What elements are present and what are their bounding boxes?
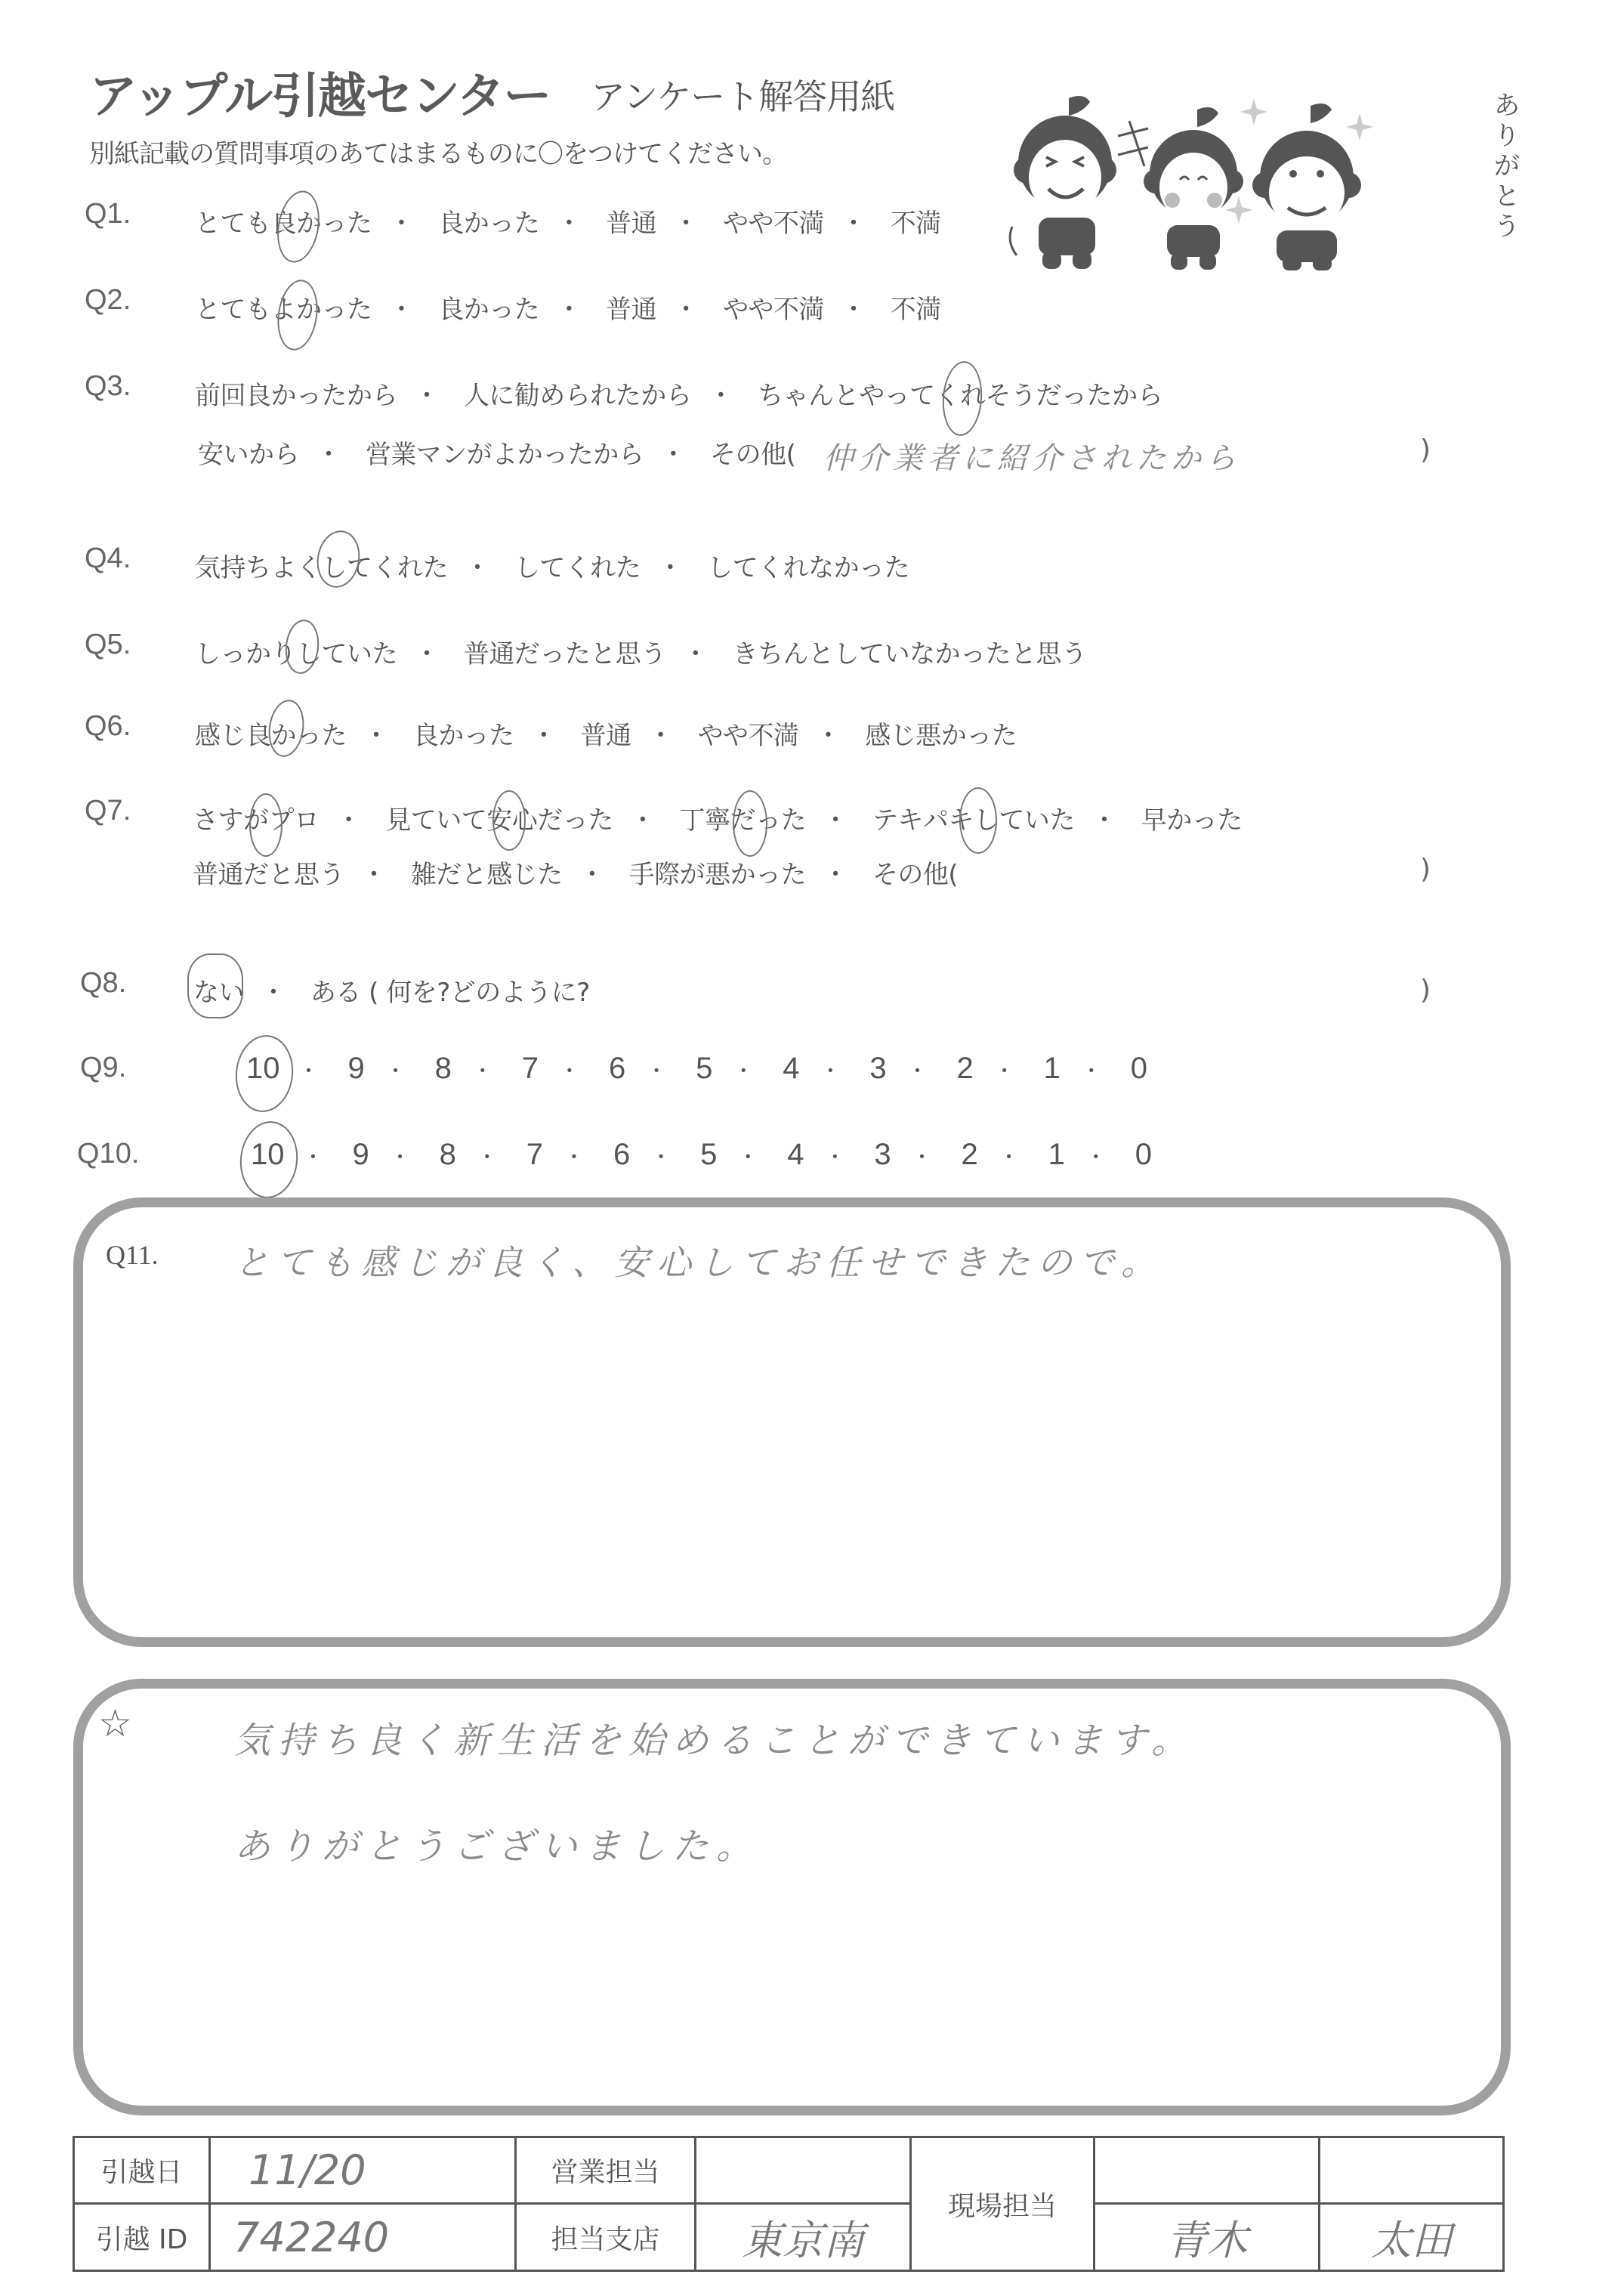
q7-option-clumsy[interactable]: 手際が悪かった xyxy=(629,860,807,890)
q11-label: Q11. xyxy=(106,1239,159,1271)
branch-label: 担当支店 xyxy=(516,2204,696,2271)
q2-label: Q2. xyxy=(85,284,131,317)
q7-option-sloppy[interactable]: 雑だと感じた xyxy=(411,860,563,890)
q10-score-1[interactable]: 1 xyxy=(1046,1138,1067,1172)
q10-score-10[interactable]: 10 xyxy=(251,1138,285,1172)
q5-label: Q5. xyxy=(85,629,131,661)
q10-scale: 10・ 9・ 8・ 7・ 6・ 5・ 4・ 3・ 2・ 1・ 0 xyxy=(251,1138,1154,1172)
q8-options: ない・ ある ( 何を?どのように? xyxy=(193,972,590,1009)
q10-score-4[interactable]: 4 xyxy=(785,1138,806,1172)
q10-score-5[interactable]: 5 xyxy=(698,1138,719,1172)
field-staff-1[interactable] xyxy=(1095,2137,1320,2204)
q1-selection-circle xyxy=(272,187,325,266)
q6-options: 感じ良かった・ 良かった・ 普通・ やや不満・ 感じ悪かった xyxy=(195,715,1017,752)
q3-paren-close: ) xyxy=(1420,434,1431,465)
q3-option-cheap[interactable]: 安いから xyxy=(198,440,299,470)
q9-score-6[interactable]: 6 xyxy=(607,1052,628,1086)
q9-score-9[interactable]: 9 xyxy=(346,1052,367,1086)
mascot-illustration: ありがとう xyxy=(1005,83,1526,272)
q10-label: Q10. xyxy=(77,1138,139,1170)
q4-option-did-not[interactable]: してくれなかった xyxy=(707,553,909,583)
q7-options-line1: さすがプロ・ 見ていて安心だった・ 丁寧だった・ テキパキしていた・ 早かった xyxy=(193,799,1243,836)
q6-option-good[interactable]: 良かった xyxy=(413,721,514,751)
q7-options-line2: 普通だと思う・ 雑だと感じた・ 手際が悪かった・ その他( xyxy=(193,854,958,891)
q9-score-0[interactable]: 0 xyxy=(1128,1052,1150,1086)
q7-selection-circle-3 xyxy=(733,790,767,857)
comment-line-1[interactable]: 気持ち良く新生活を始めることができています。 xyxy=(234,1711,1195,1763)
q3-option-other[interactable]: その他( xyxy=(710,440,795,470)
mascot-caption: ありがとう xyxy=(1494,91,1524,242)
q11-answer-handwritten[interactable]: とても感じが良く、安心してお任せできたので。 xyxy=(234,1235,1163,1285)
move-date-label: 引越日 xyxy=(74,2137,210,2204)
q9-score-4[interactable]: 4 xyxy=(780,1052,801,1086)
q3-other-handwritten[interactable]: 仲介業者に紹介されたから xyxy=(823,434,1240,477)
q8-selection-circle xyxy=(187,953,243,1018)
q6-option-normal[interactable]: 普通 xyxy=(581,721,631,751)
q10-score-6[interactable]: 6 xyxy=(611,1138,632,1172)
q10-score-7[interactable]: 7 xyxy=(524,1138,545,1172)
sales-rep-value[interactable] xyxy=(696,2137,911,2204)
q3-option-sales-rep[interactable]: 営業マンがよかったから xyxy=(366,440,644,470)
q3-options-line2: 安いから・ 営業マンがよかったから・ その他( xyxy=(198,434,795,471)
q8-paren-close: ) xyxy=(1420,975,1431,1006)
field-staff-2[interactable] xyxy=(1320,2137,1504,2204)
q1-option-somewhat-dissatisfied[interactable]: やや不満 xyxy=(723,209,824,239)
sales-rep-label: 営業担当 xyxy=(516,2137,696,2204)
q6-option-somewhat-dissatisfied[interactable]: やや不満 xyxy=(697,721,798,751)
q9-score-5[interactable]: 5 xyxy=(693,1052,715,1086)
company-name: アップル引越センター xyxy=(89,57,550,127)
q7-selection-circle-4 xyxy=(959,787,997,854)
comment-line-2[interactable]: ありがとうございました。 xyxy=(234,1817,760,1869)
q4-options: 気持ちよくしてくれた・ してくれた・ してくれなかった xyxy=(195,547,909,584)
q8-option-some[interactable]: ある ( 何を?どのように? xyxy=(310,978,590,1008)
q9-score-7[interactable]: 7 xyxy=(520,1052,541,1086)
move-info-table: 引越日 11/20 営業担当 現場担当 引越 ID 742240 担当支店 東京… xyxy=(73,2136,1505,2272)
branch-value[interactable]: 東京南 xyxy=(696,2204,911,2271)
q3-option-recommended[interactable]: 人に勧められたから xyxy=(464,381,692,411)
q7-label: Q7. xyxy=(85,795,131,827)
q5-option-not-proper[interactable]: きちんとしていなかったと思う xyxy=(733,639,1087,669)
q9-score-2[interactable]: 2 xyxy=(955,1052,976,1086)
q2-option-somewhat-dissatisfied[interactable]: やや不満 xyxy=(723,295,824,325)
instruction-text: 別紙記載の質問事項のあてはまるものに〇をつけてください。 xyxy=(89,133,787,170)
q7-option-fast[interactable]: 早かった xyxy=(1141,805,1243,836)
q6-label: Q6. xyxy=(85,710,131,743)
move-date-value[interactable]: 11/20 xyxy=(210,2137,516,2204)
move-id-label: 引越 ID xyxy=(74,2204,210,2271)
q1-option-dissatisfied[interactable]: 不満 xyxy=(891,209,941,239)
field-staff-label: 現場担当 xyxy=(911,2137,1095,2271)
q6-option-bad[interactable]: 感じ悪かった xyxy=(865,721,1017,751)
q2-option-dissatisfied[interactable]: 不満 xyxy=(891,295,941,325)
q4-label: Q4. xyxy=(85,542,131,575)
q3-option-previous-good[interactable]: 前回良かったから xyxy=(195,381,397,411)
q2-option-good[interactable]: 良かった xyxy=(438,295,539,325)
q1-option-normal[interactable]: 普通 xyxy=(606,209,656,239)
q10-score-9[interactable]: 9 xyxy=(350,1138,372,1172)
q3-options-line1: 前回良かったから・ 人に勧められたから・ ちゃんとやってくれそうだったから xyxy=(195,375,1162,412)
q1-label: Q1. xyxy=(85,198,131,230)
q4-option-did[interactable]: してくれた xyxy=(514,553,641,583)
q7-selection-circle-2 xyxy=(492,790,526,851)
q10-score-3[interactable]: 3 xyxy=(872,1138,893,1172)
q9-score-3[interactable]: 3 xyxy=(867,1052,888,1086)
move-id-value[interactable]: 742240 xyxy=(210,2204,516,2271)
q10-score-8[interactable]: 8 xyxy=(437,1138,458,1172)
q5-option-normal[interactable]: 普通だったと思う xyxy=(464,639,666,669)
q10-score-0[interactable]: 0 xyxy=(1133,1138,1154,1172)
q5-options: しっかりしていた・ 普通だったと思う・ きちんとしていなかったと思う xyxy=(195,633,1087,670)
field-staff-4[interactable]: 太田 xyxy=(1320,2204,1504,2271)
q7-option-other[interactable]: その他( xyxy=(872,860,958,890)
q9-score-8[interactable]: 8 xyxy=(433,1052,454,1086)
q9-label: Q9. xyxy=(80,1052,126,1084)
q7-selection-circle-1 xyxy=(249,793,283,857)
star-icon: ☆ xyxy=(98,1701,132,1745)
q7-paren-close: ) xyxy=(1420,854,1431,885)
q9-score-10[interactable]: 10 xyxy=(246,1052,280,1086)
field-staff-3[interactable]: 青木 xyxy=(1095,2204,1320,2271)
q9-scale: 10・ 9・ 8・ 7・ 6・ 5・ 4・ 3・ 2・ 1・ 0 xyxy=(246,1052,1150,1086)
q1-option-good[interactable]: 良かった xyxy=(438,209,539,239)
q3-label: Q3. xyxy=(85,370,131,403)
monkey-icon xyxy=(1010,96,1116,269)
q9-score-1[interactable]: 1 xyxy=(1042,1052,1063,1086)
q2-option-normal[interactable]: 普通 xyxy=(606,295,656,325)
q8-label: Q8. xyxy=(80,967,126,1000)
q3-selection-circle xyxy=(940,360,985,437)
q10-score-2[interactable]: 2 xyxy=(959,1138,980,1172)
q7-option-normal[interactable]: 普通だと思う xyxy=(193,860,344,890)
form-title: アンケート解答用紙 xyxy=(591,70,894,119)
